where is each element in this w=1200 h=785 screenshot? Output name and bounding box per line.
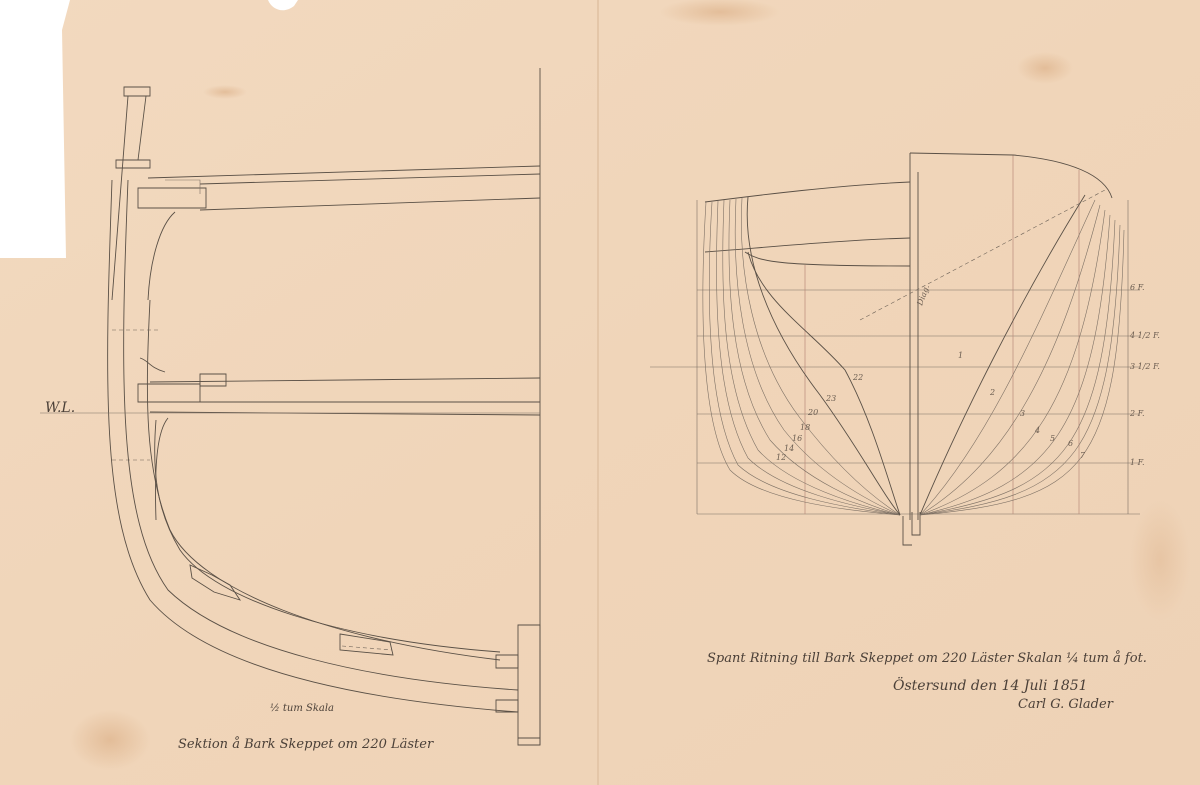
paper [0,0,1200,785]
frame-label: 20 [807,408,818,417]
frame-label: 14 [784,444,794,453]
waterline-label-4-5: 4 1/2 F. [1129,331,1160,340]
stain [203,85,247,99]
waterline-label-3-5: 3 1/2 F. [1130,362,1160,371]
frame-label: 23 [825,394,836,403]
scale-label: ½ tum Skala [270,703,334,714]
frame-label: 1 [958,351,963,360]
frame-label: 5 [1050,434,1055,443]
frame-label: 16 [792,434,802,443]
frame-label: 3 [1020,409,1025,418]
waterline-label-6: 6 F. [1130,283,1144,292]
ship-plan-sheet: W.L. ½ tum Skala Sektion å Bark Skeppet … [0,0,1200,785]
frame-label: 6 [1068,439,1073,448]
frame-label: 4 [1034,426,1040,435]
stain [70,710,150,770]
section-caption: Sektion å Bark Skeppet om 220 Läster [178,736,434,752]
waterline-label: W.L. [45,400,75,416]
frame-label: 2 [989,388,995,397]
frame-label: 12 [776,453,786,462]
stain [1130,500,1190,620]
body-plan-caption: Spant Ritning till Bark Skeppet om 220 L… [707,650,1147,666]
frame-label: 22 [852,373,863,382]
signature: Carl G. Glader [1018,697,1114,712]
stain [1017,52,1073,84]
waterline-label-2: 2 F. [1129,409,1144,418]
place-date: Östersund den 14 Juli 1851 [893,676,1088,694]
frame-label: 18 [800,423,810,432]
waterline-label-1: 1 F. [1130,458,1144,467]
